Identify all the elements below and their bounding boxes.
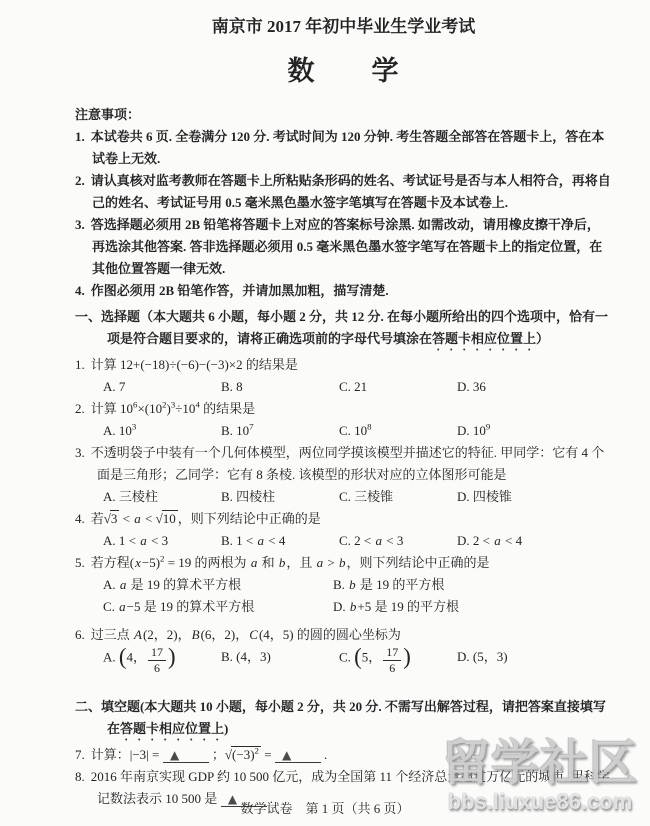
question-6: 6.过三点 A(2，2)，B(6，2)，C(4，5) 的圆的圆心坐标为 A. (… bbox=[75, 624, 612, 674]
question-number: 1. bbox=[75, 357, 91, 372]
question-1-options: A. 7B. 8C. 21D. 36 bbox=[75, 376, 612, 398]
big-paren: ( bbox=[119, 644, 127, 669]
question-text: 计算 106×(102)3÷104 的结果是 bbox=[91, 401, 255, 416]
notice-item-1: 1.本试卷共 6 页. 全卷满分 120 分. 考试时间为 120 分钟. 考生… bbox=[75, 126, 612, 170]
notice-number: 3. bbox=[75, 217, 91, 232]
math-variable: B bbox=[191, 627, 201, 642]
math-variable: b bbox=[278, 555, 287, 570]
question-text: 过三点 A(2，2)，B(6，2)，C(4，5) 的圆的圆心坐标为 bbox=[91, 627, 401, 642]
superscript: 2 bbox=[162, 400, 166, 410]
page-content: 南京市 2017 年初中毕业生学业考试 数 学 注意事项： 1.本试卷共 6 页… bbox=[0, 0, 650, 810]
emphasized-text: 答题卡相应位置上 bbox=[432, 331, 536, 346]
option-b: B. b 是 19 的平方根 bbox=[333, 574, 563, 596]
option-b: B. 107 bbox=[221, 420, 339, 442]
option-a: A. 三棱柱 bbox=[103, 486, 221, 508]
option-d: D. b+5 是 19 的平方根 bbox=[333, 596, 563, 618]
superscript: 9 bbox=[486, 422, 490, 432]
option-d: D. (5，3) bbox=[457, 646, 575, 668]
option-a: A. (4，176) bbox=[103, 646, 221, 674]
math-variable: b bbox=[348, 577, 357, 592]
option-d: D. 四棱锥 bbox=[457, 486, 575, 508]
sqrt-radicand: 3 bbox=[110, 510, 120, 526]
notice-text: 答选择题必须用 2B 铅笔将答题卡上对应的答案标号涂黑. 如需改动，请用橡皮擦干… bbox=[91, 217, 603, 276]
superscript: 3 bbox=[132, 422, 136, 432]
fraction: 176 bbox=[148, 646, 166, 674]
fraction-numerator: 17 bbox=[148, 646, 166, 661]
fraction-denominator: 6 bbox=[148, 661, 166, 675]
option-b: B. (4，3) bbox=[221, 646, 339, 668]
big-paren: ) bbox=[403, 644, 411, 669]
question-3-options: A. 三棱柱B. 四棱柱C. 三棱锥D. 四棱锥 bbox=[75, 486, 612, 508]
math-variable: A bbox=[133, 627, 143, 642]
notice-text: 本试卷共 6 页. 全卷满分 120 分. 考试时间为 120 分钟. 考生答题… bbox=[91, 129, 605, 166]
question-1: 1.计算 12+(−18)÷(−6)−(−3)×2 的结果是 A. 7B. 8C… bbox=[75, 354, 612, 398]
notice-number: 2. bbox=[75, 173, 91, 188]
option-d: D. 36 bbox=[457, 376, 575, 398]
option-b: B. 1 < a < 4 bbox=[221, 530, 339, 552]
fraction-denominator: 6 bbox=[383, 661, 401, 675]
notice-item-2: 2.请认真核对监考教师在答题卡上所粘贴条形码的姓名、考试证号是否与本人相符合，再… bbox=[75, 170, 612, 214]
option-d: D. 2 < a < 4 bbox=[457, 530, 575, 552]
superscript: 7 bbox=[249, 422, 253, 432]
math-variable: a bbox=[316, 555, 325, 570]
question-7: 7.计算：|−3| = ▲ ；√(−3)2 = ▲ . bbox=[75, 744, 612, 766]
question-number: 3. bbox=[75, 445, 91, 460]
option-c: C. 108 bbox=[339, 420, 457, 442]
question-4-options: A. 1 < a < 3B. 1 < a < 4C. 2 < a < 3D. 2… bbox=[75, 530, 612, 552]
question-3: 3.不透明袋子中装有一个几何体模型，两位同学摸该模型并描述它的特征. 甲同学：它… bbox=[75, 442, 612, 508]
question-5-options: A. a 是 19 的算术平方根B. b 是 19 的平方根C. a−5 是 1… bbox=[75, 574, 612, 618]
question-number: 7. bbox=[75, 747, 91, 762]
option-a: A. 1 < a < 3 bbox=[103, 530, 221, 552]
question-6-options: A. (4，176)B. (4，3)C. (5，176)D. (5，3) bbox=[75, 646, 612, 674]
math-variable: a bbox=[257, 533, 266, 548]
question-4: 4.若√3 < a < √10，则下列结论中正确的是 A. 1 < a < 3B… bbox=[75, 508, 612, 552]
math-variable: a bbox=[139, 533, 148, 548]
notice-number: 4. bbox=[75, 283, 91, 298]
notice-text: 请认真核对监考教师在答题卡上所粘贴条形码的姓名、考试证号是否与本人相符合，再将自… bbox=[91, 173, 611, 210]
math-variable: a bbox=[250, 555, 259, 570]
superscript: 2 bbox=[160, 554, 164, 564]
math-variable: C bbox=[248, 627, 259, 642]
superscript: 2 bbox=[255, 746, 259, 756]
option-c: C. 21 bbox=[339, 376, 457, 398]
option-b: B. 四棱柱 bbox=[221, 486, 339, 508]
question-text: 不透明袋子中装有一个几何体模型，两位同学摸该模型并描述它的特征. 甲同学：它有 … bbox=[91, 445, 605, 482]
question-number: 5. bbox=[75, 555, 91, 570]
fraction: 176 bbox=[383, 646, 401, 674]
section2-heading: 二、填空题(本大题共 10 小题，每小题 2 分，共 20 分. 不需写出解答过… bbox=[75, 696, 612, 744]
question-number: 8. bbox=[75, 769, 91, 784]
section1-heading: 一、选择题（本大题共 6 小题，每小题 2 分，共 12 分. 在每小题所给出的… bbox=[75, 306, 612, 354]
superscript: 6 bbox=[133, 400, 137, 410]
option-a: A. 103 bbox=[103, 420, 221, 442]
superscript: 3 bbox=[171, 400, 175, 410]
emphasized-text: 答题卡相应位置上 bbox=[120, 721, 224, 736]
notice-label: 注意事项： bbox=[75, 104, 612, 126]
exam-paper-page: 南京市 2017 年初中毕业生学业考试 数 学 注意事项： 1.本试卷共 6 页… bbox=[0, 0, 650, 826]
math-variable: b bbox=[349, 599, 358, 614]
exam-title: 南京市 2017 年初中毕业生学业考试 bbox=[75, 14, 612, 40]
question-1-stem: 1.计算 12+(−18)÷(−6)−(−3)×2 的结果是 bbox=[75, 354, 612, 376]
option-a: A. a 是 19 的算术平方根 bbox=[103, 574, 333, 596]
question-number: 4. bbox=[75, 511, 91, 526]
math-variable: a bbox=[119, 577, 128, 592]
question-text: 计算：|−3| = ▲ ；√(−3)2 = ▲ . bbox=[91, 747, 328, 762]
sqrt-radical: √(−3)2 bbox=[225, 747, 261, 762]
math-variable: a bbox=[493, 533, 502, 548]
math-variable: x bbox=[134, 555, 142, 570]
question-3-stem: 3.不透明袋子中装有一个几何体模型，两位同学摸该模型并描述它的特征. 甲同学：它… bbox=[75, 442, 612, 486]
question-number: 6. bbox=[75, 627, 91, 642]
question-6-stem: 6.过三点 A(2，2)，B(6，2)，C(4，5) 的圆的圆心坐标为 bbox=[75, 624, 612, 646]
question-text: 若方程(x−5)2 = 19 的两根为 a 和 b，且 a > b，则下列结论中… bbox=[91, 555, 490, 570]
sqrt-radicand: (−3)2 bbox=[231, 746, 261, 762]
question-5: 5.若方程(x−5)2 = 19 的两根为 a 和 b，且 a > b，则下列结… bbox=[75, 552, 612, 618]
answer-blank: ▲ bbox=[163, 749, 209, 763]
page-footer: 数学试卷 第 1 页（共 6 页） bbox=[0, 798, 650, 820]
answer-blank: ▲ bbox=[275, 749, 321, 763]
question-5-stem: 5.若方程(x−5)2 = 19 的两根为 a 和 b，且 a > b，则下列结… bbox=[75, 552, 612, 574]
notice-number: 1. bbox=[75, 129, 91, 144]
math-variable: a bbox=[118, 599, 127, 614]
math-variable: a bbox=[133, 511, 142, 526]
sqrt-radical: √3 bbox=[104, 511, 120, 526]
question-text: 若√3 < a < √10，则下列结论中正确的是 bbox=[91, 511, 321, 526]
section2: 二、填空题(本大题共 10 小题，每小题 2 分，共 20 分. 不需写出解答过… bbox=[75, 696, 612, 810]
big-paren: ( bbox=[354, 644, 362, 669]
question-2-options: A. 103B. 107C. 108D. 109 bbox=[75, 420, 612, 442]
sqrt-radicand: 10 bbox=[162, 510, 178, 526]
question-number: 2. bbox=[75, 401, 91, 416]
superscript: 8 bbox=[367, 422, 371, 432]
option-c: C. (5，176) bbox=[339, 646, 457, 674]
math-variable: b bbox=[338, 555, 347, 570]
option-d: D. 109 bbox=[457, 420, 575, 442]
question-2: 2.计算 106×(102)3÷104 的结果是 A. 103B. 107C. … bbox=[75, 398, 612, 442]
big-paren: ) bbox=[168, 644, 176, 669]
notice-item-3: 3.答选择题必须用 2B 铅笔将答题卡上对应的答案标号涂黑. 如需改动，请用橡皮… bbox=[75, 214, 612, 280]
question-7-stem: 7.计算：|−3| = ▲ ；√(−3)2 = ▲ . bbox=[75, 744, 612, 766]
question-4-stem: 4.若√3 < a < √10，则下列结论中正确的是 bbox=[75, 508, 612, 530]
option-c: C. a−5 是 19 的算术平方根 bbox=[103, 596, 333, 618]
math-variable: a bbox=[375, 533, 384, 548]
question-2-stem: 2.计算 106×(102)3÷104 的结果是 bbox=[75, 398, 612, 420]
notice-text: 作图必须用 2B 铅笔作答，并请加黑加粗，描写清楚. bbox=[91, 283, 389, 298]
option-c: C. 2 < a < 3 bbox=[339, 530, 457, 552]
sqrt-radical: √10 bbox=[156, 511, 178, 526]
fraction-numerator: 17 bbox=[383, 646, 401, 661]
option-a: A. 7 bbox=[103, 376, 221, 398]
notice-item-4: 4.作图必须用 2B 铅笔作答，并请加黑加粗，描写清楚. bbox=[75, 280, 612, 302]
option-b: B. 8 bbox=[221, 376, 339, 398]
subject-title: 数 学 bbox=[75, 54, 612, 88]
question-text: 计算 12+(−18)÷(−6)−(−3)×2 的结果是 bbox=[91, 357, 298, 372]
option-c: C. 三棱锥 bbox=[339, 486, 457, 508]
superscript: 4 bbox=[195, 400, 199, 410]
